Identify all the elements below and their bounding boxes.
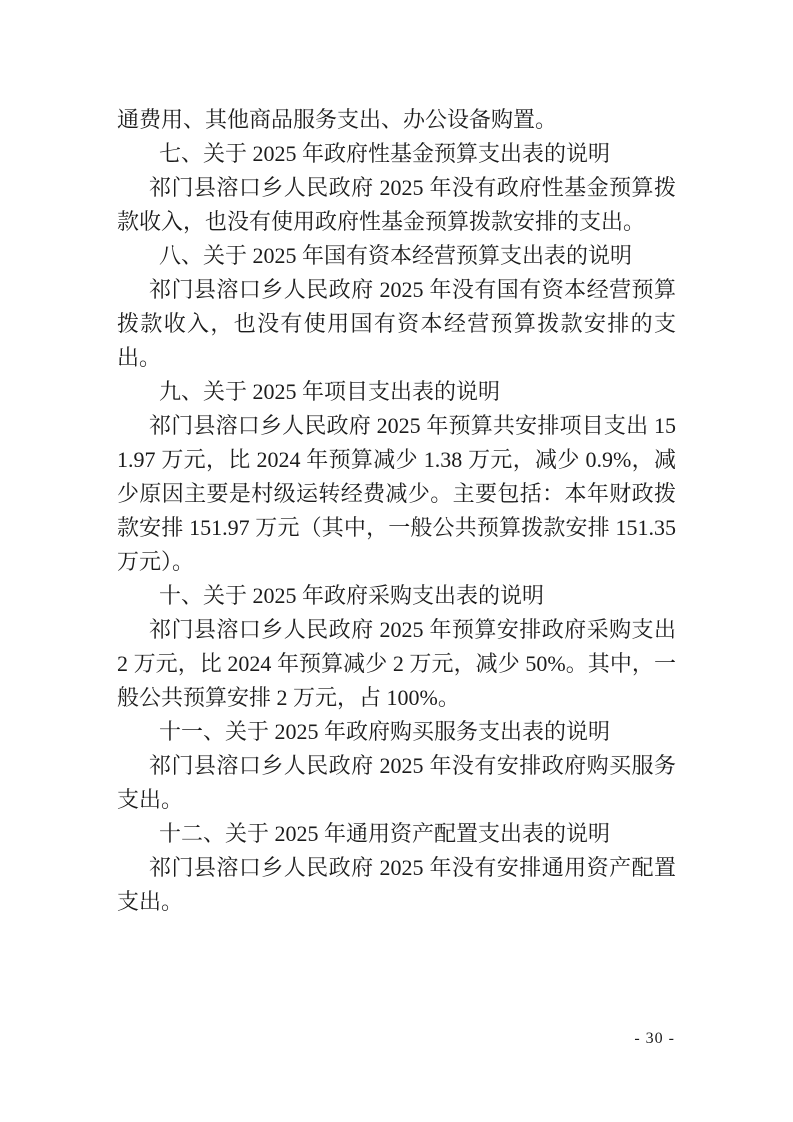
paragraph-section-12: 祁门县溶口乡人民政府 2025 年没有安排通用资产配置支出。 — [117, 851, 676, 919]
document-page: 通费用、其他商品服务支出、办公设备购置。 七、关于 2025 年政府性基金预算支… — [0, 0, 793, 1122]
paragraph-section-8: 祁门县溶口乡人民政府 2025 年没有国有资本经营预算拨款收入，也没有使用国有资… — [117, 273, 676, 375]
section-heading-12: 十二、关于 2025 年通用资产配置支出表的说明 — [117, 817, 676, 851]
paragraph-section-11: 祁门县溶口乡人民政府 2025 年没有安排政府购买服务支出。 — [117, 749, 676, 817]
paragraph-section-10: 祁门县溶口乡人民政府 2025 年预算安排政府采购支出 2 万元，比 2024 … — [117, 613, 676, 715]
section-heading-11: 十一、关于 2025 年政府购买服务支出表的说明 — [117, 715, 676, 749]
section-heading-10: 十、关于 2025 年政府采购支出表的说明 — [117, 579, 676, 613]
section-heading-7: 七、关于 2025 年政府性基金预算支出表的说明 — [117, 137, 676, 171]
section-heading-9: 九、关于 2025 年项目支出表的说明 — [117, 375, 676, 409]
paragraph-section-7: 祁门县溶口乡人民政府 2025 年没有政府性基金预算拨款收入，也没有使用政府性基… — [117, 171, 676, 239]
paragraph-section-9: 祁门县溶口乡人民政府 2025 年预算共安排项目支出 151.97 万元，比 2… — [117, 409, 676, 579]
page-number: - 30 - — [634, 1029, 675, 1049]
document-body: 通费用、其他商品服务支出、办公设备购置。 七、关于 2025 年政府性基金预算支… — [117, 103, 676, 919]
section-heading-8: 八、关于 2025 年国有资本经营预算支出表的说明 — [117, 239, 676, 273]
paragraph-continuation: 通费用、其他商品服务支出、办公设备购置。 — [117, 103, 676, 137]
